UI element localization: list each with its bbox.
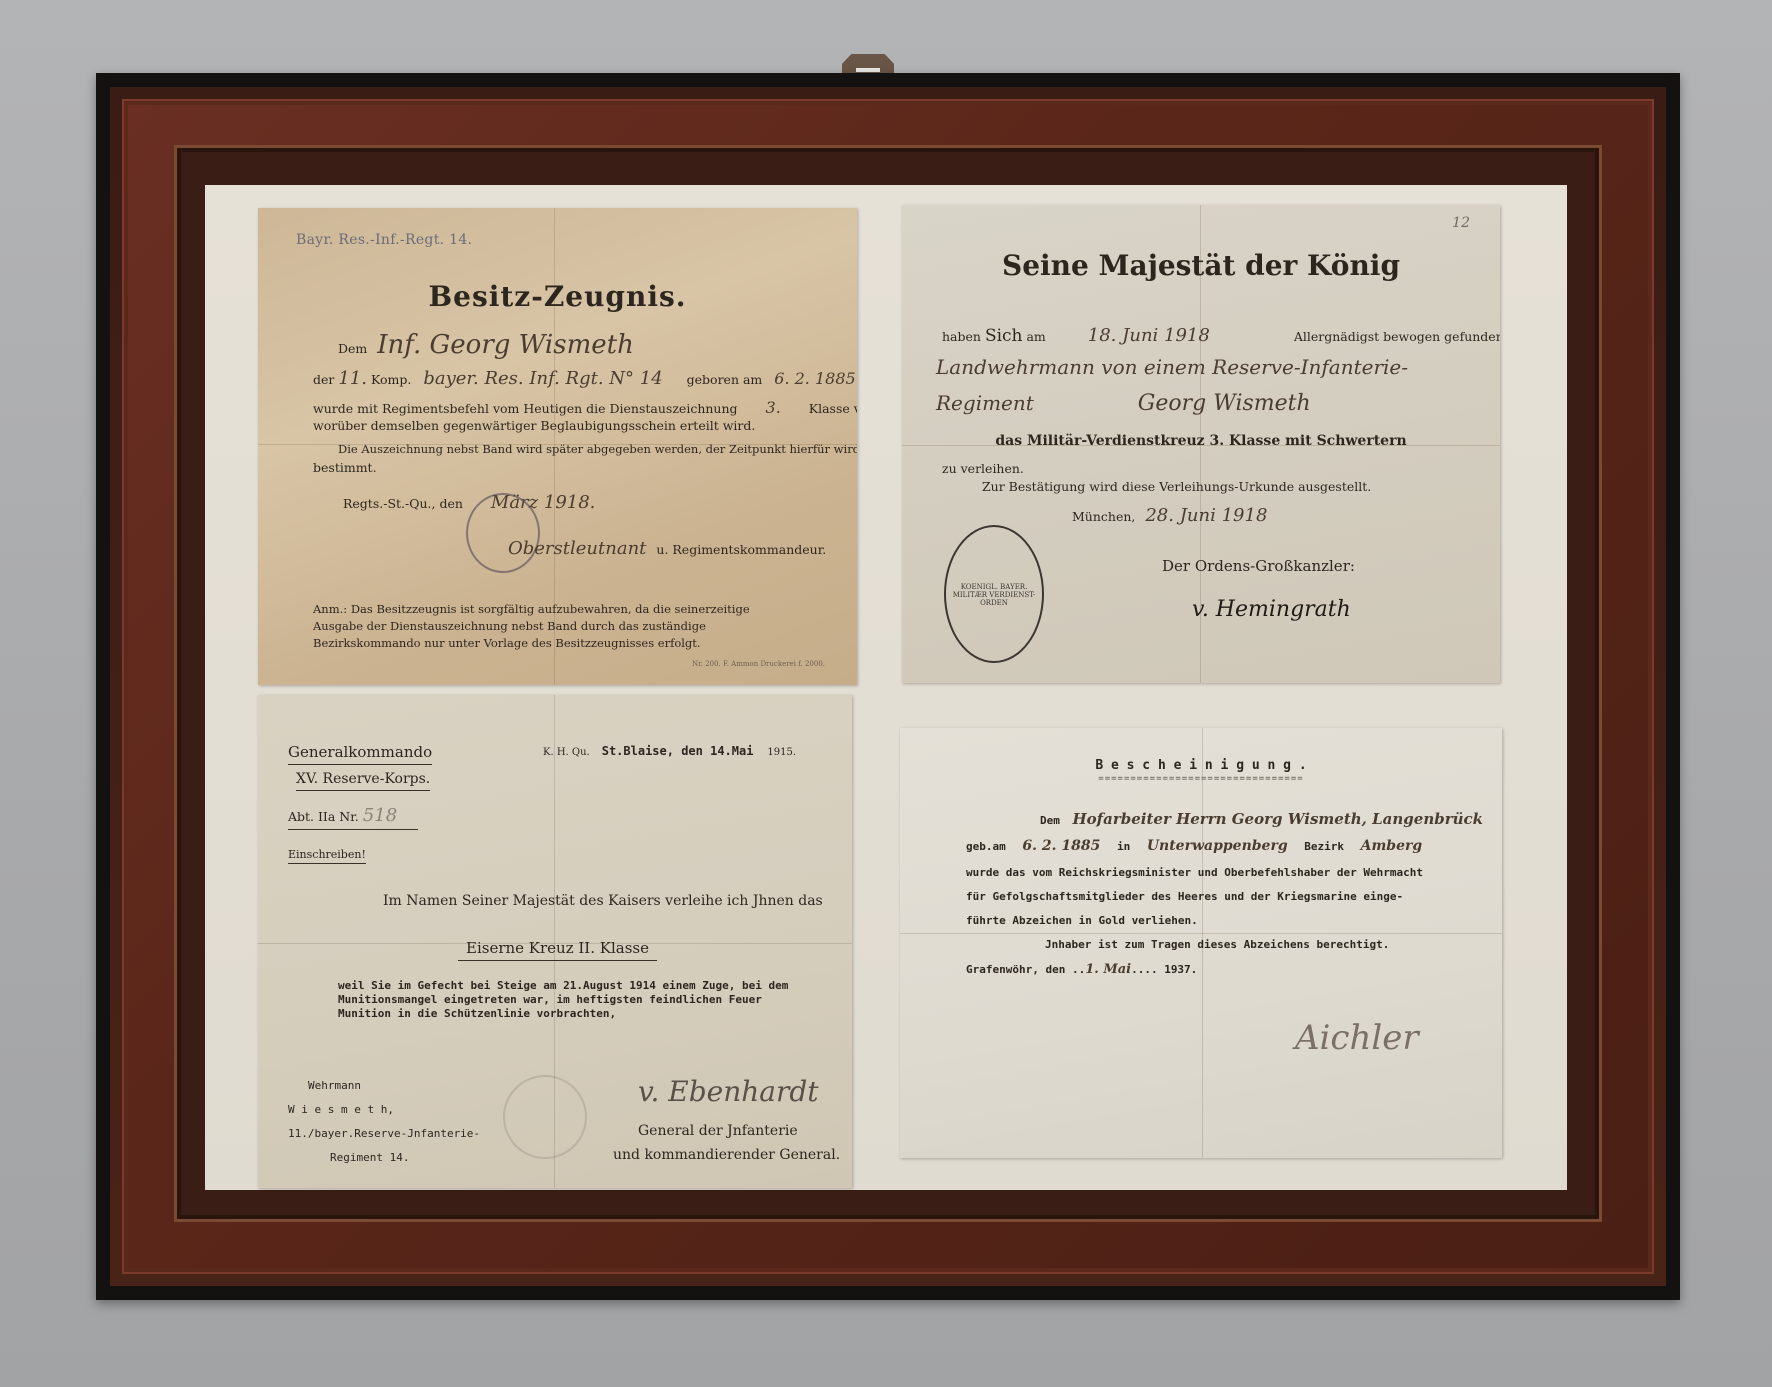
faded-seal (503, 1075, 587, 1159)
signatory-title: und kommandierender General. (613, 1147, 840, 1163)
award-name: das Militär-Verdienstkreuz 3. Klasse mit… (902, 433, 1500, 449)
signature-line: Oberstleutnant u. Regimentskommandeur. (508, 538, 826, 559)
handwritten-name: Georg Wismeth (1138, 391, 1311, 416)
document-title: Seine Majestät der König (902, 249, 1500, 282)
text-line: bestimmt. (313, 460, 377, 475)
place-date-line: Grafenwöhr, den ..1. Mai.... 1937. (966, 962, 1197, 977)
handwritten-recipient: Hofarbeiter Herrn Georg Wismeth, Langenb… (1073, 810, 1484, 828)
text-line: Munition in die Schützenlinie vorbrachte… (338, 1007, 788, 1021)
label: Dem (1040, 814, 1060, 827)
label: .... 1937. (1131, 963, 1197, 976)
label: Bezirk (1304, 840, 1344, 853)
text: am (1026, 329, 1045, 344)
signatory-title: Der Ordens-Großkanzler: (1162, 557, 1355, 575)
corner-mark: 12 (1452, 215, 1470, 231)
company-line: der 11. Komp. bayer. Res. Inf. Rgt. N° 1… (313, 368, 856, 389)
signature: v. Ebenhardt (638, 1075, 819, 1108)
handwritten-unit: Regiment (936, 391, 1034, 415)
recipient-line: Dem Hofarbeiter Herrn Georg Wismeth, Lan… (1040, 810, 1483, 828)
text: Klasse verliehen, (809, 401, 857, 416)
intro-text: Im Namen Seiner Majestät des Kaisers ver… (383, 893, 823, 909)
text: 1915. (767, 747, 796, 758)
fold-line (900, 933, 1502, 934)
text-line: Zur Bestätigung wird diese Verleihungs-U… (982, 479, 1371, 494)
handwritten-birthplace: Unterwappenberg (1147, 838, 1288, 854)
label: Komp. (371, 372, 411, 387)
place-date-line: Regts.-St.-Qu., den März 1918. (343, 492, 595, 513)
label: Dem (338, 341, 367, 356)
text-line: wurde das vom Reichskriegsminister und O… (966, 866, 1423, 879)
handwritten-birthdate: 6. 2. 1885 (1022, 838, 1100, 854)
place-date: K. H. Qu. St.Blaise, den 14.Mai 1915. (543, 743, 796, 758)
document-besitz-zeugnis: Bayr. Res.-Inf.-Regt. 14. Besitz-Zeugnis… (258, 208, 857, 685)
handwritten-number: 518 (363, 805, 397, 826)
document-eisernes-kreuz: Generalkommando XV. Reserve-Korps. Abt. … (258, 695, 852, 1188)
text: wurde mit Regimentsbefehl vom Heutigen d… (313, 401, 738, 416)
text: K. H. Qu. (543, 747, 590, 758)
text-line: worüber demselben gegenwärtiger Beglaubi… (313, 418, 755, 433)
order-seal: KOENIGL. BAYER. MILITÆR VERDIENST-ORDEN (944, 525, 1044, 663)
recipient-line: Dem Inf. Georg Wismeth (338, 330, 634, 360)
printer-mark: Nr. 200. F. Ammon Druckerei f. 2000. (692, 660, 825, 668)
regiment-stamp: Bayr. Res.-Inf.-Regt. 14. (296, 232, 472, 248)
text: Allergnädigst bewogen gefunden, dem (1294, 329, 1500, 344)
text-line: führte Abzeichen in Gold verliehen. (966, 914, 1198, 927)
text-line: zu verleihen. (942, 461, 1024, 476)
label: Regts.-St.-Qu., den (343, 496, 463, 511)
award-name: Eiserne Kreuz II. Klasse (458, 939, 657, 961)
label: der (313, 372, 334, 387)
recipient-regiment: Regiment 14. (330, 1151, 409, 1164)
document-militaer-verdienstkreuz: 12 Seine Majestät der König haben Sich a… (902, 205, 1500, 683)
text-line: Jnhaber ist zum Tragen dieses Abzeichens… (1045, 938, 1389, 951)
handwritten-class: 3. (766, 398, 781, 417)
recipient-name: W i e s m e t h, (288, 1103, 394, 1116)
note: Anm.: Das Besitzzeugnis ist sorgfältig a… (313, 601, 753, 652)
label: u. Regimentskommandeur. (656, 542, 826, 557)
handwritten-name: Inf. Georg Wismeth (377, 330, 634, 360)
recipient-unit: 11./bayer.Reserve-Jnfanterie- (288, 1127, 480, 1140)
handwritten-date: 28. Juni 1918 (1145, 505, 1267, 526)
date-line: haben Sich am 18. Juni 1918 Allergnädigs… (942, 325, 1500, 346)
title-rule: ================================ (900, 774, 1502, 784)
text-line: Munitionsmangel eingetreten war, im heft… (338, 993, 788, 1007)
birth-line: geb.am 6. 2. 1885 in Unterwappenberg Bez… (966, 838, 1422, 854)
handwritten-rank: Oberstleutnant (508, 538, 646, 559)
text-line: weil Sie im Gefecht bei Steige am 21.Aug… (338, 979, 788, 993)
document-title: B e s c h e i n i g u n g . (900, 758, 1502, 773)
text-line: für Gefolgschaftsmitglieder des Heeres u… (966, 890, 1403, 903)
text: Sich (985, 326, 1023, 346)
document-title: Besitz-Zeugnis. (258, 280, 857, 313)
label: geb.am (966, 840, 1006, 853)
seal-text: KOENIGL. BAYER. MILITÆR VERDIENST-ORDEN (946, 583, 1042, 607)
note-label: Anm.: (313, 602, 347, 616)
label: geboren am (687, 372, 763, 387)
signature: v. Hemingrath (1192, 597, 1351, 622)
header-korps: XV. Reserve-Korps. (296, 771, 430, 791)
text: St.Blaise, den 14.Mai (602, 744, 754, 758)
text: haben (942, 329, 981, 344)
handwritten-company: 11. (338, 368, 367, 389)
label: Abt. IIa Nr. (288, 809, 359, 824)
handwritten-date: 1. Mai (1085, 962, 1131, 977)
reason-text: weil Sie im Gefecht bei Steige am 21.Aug… (338, 979, 788, 1021)
note-text: Das Besitzzeugnis ist sorgfältig aufzube… (313, 602, 750, 650)
signature: Aichler (1295, 1018, 1419, 1058)
registered-mark: Einschreiben! (288, 848, 366, 864)
place-date-line: München, 28. Juni 1918 (1072, 505, 1267, 526)
signatory-rank: General der Jnfanterie (638, 1123, 798, 1139)
header-generalkommando: Generalkommando (288, 743, 432, 765)
label: Grafenwöhr, den .. (966, 963, 1085, 976)
label: München, (1072, 509, 1135, 524)
handwritten-regiment: bayer. Res. Inf. Rgt. N° 14 (423, 368, 662, 389)
handwritten-district: Amberg (1361, 838, 1423, 854)
handwritten-rank-unit: Landwehrmann von einem Reserve-Infanteri… (936, 355, 1408, 379)
label: in (1117, 840, 1130, 853)
handwritten-date: 18. Juni 1918 (1088, 325, 1210, 346)
regimental-seal (466, 493, 540, 573)
recipient-line: Regiment Georg Wismeth (936, 391, 1311, 416)
header-department: Abt. IIa Nr. 518 (288, 805, 418, 830)
handwritten-birthdate: 6. 2. 1885 (774, 369, 855, 388)
award-line: wurde mit Regimentsbefehl vom Heutigen d… (313, 398, 857, 417)
text-line: Die Auszeichnung nebst Band wird später … (338, 442, 857, 456)
document-bescheinigung: B e s c h e i n i g u n g . ============… (900, 728, 1502, 1158)
recipient-rank: Wehrmann (308, 1079, 361, 1092)
